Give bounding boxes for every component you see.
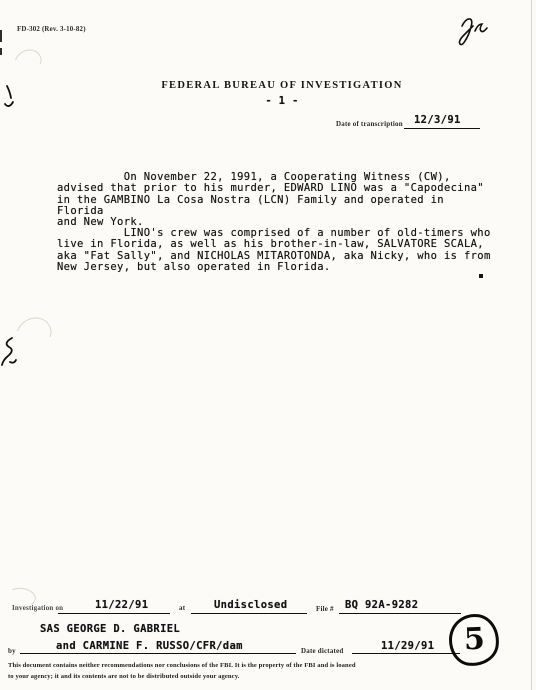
- investigation-on-label: Investigation on: [12, 604, 63, 612]
- transcription-date-label: Date of transcription: [336, 120, 403, 128]
- body-paragraph-1: On November 22, 1991, a Cooperating Witn…: [57, 172, 495, 228]
- page-number: - 1 -: [160, 96, 404, 107]
- transcription-date-value: 12/3/91: [414, 115, 461, 126]
- handwritten-circled-page-number: 5: [447, 612, 501, 667]
- file-number-underline: [339, 613, 461, 614]
- handwritten-page-number-text: 5: [463, 621, 485, 657]
- page-title: FEDERAL BUREAU OF INVESTIGATION: [160, 80, 404, 91]
- investigation-date-value: 11/22/91: [95, 600, 148, 611]
- file-number-label: File #: [316, 605, 334, 613]
- agents-underline: [20, 653, 296, 654]
- date-dictated-underline: [352, 653, 460, 654]
- pen-scribble-mark: [0, 336, 20, 370]
- at-label: at: [179, 604, 185, 612]
- file-number-value: BQ 92A-9282: [345, 600, 418, 611]
- scan-artifact-dot: [479, 274, 483, 278]
- investigation-date-underline: [58, 613, 170, 614]
- scan-edge-line: [531, 0, 532, 690]
- scan-edge-mark: [0, 30, 2, 42]
- by-label: by: [8, 647, 16, 655]
- location-value: Undisclosed: [214, 600, 287, 611]
- body-paragraph-2: LINO's crew was comprised of a number of…: [57, 228, 495, 273]
- disclaimer-line-2: to your agency; it and its contents are …: [8, 673, 530, 680]
- agent-name-line1: SAS GEORGE D. GABRIEL: [40, 624, 180, 635]
- pen-check-mark: [2, 84, 20, 112]
- handwritten-initials-mark: [448, 8, 510, 52]
- disclaimer-line-1: This document contains neither recommend…: [8, 662, 530, 669]
- date-dictated-label: Date dictated: [301, 647, 343, 655]
- agent-name-line2: and CARMINE F. RUSSO/CFR/dam: [56, 641, 243, 652]
- fd302-scanned-document: FD-302 (Rev. 3-10-82) FEDERAL BUREAU OF …: [0, 0, 536, 690]
- scan-edge-mark: [0, 48, 2, 55]
- location-underline: [191, 613, 307, 614]
- form-number: FD-302 (Rev. 3-10-82): [17, 26, 86, 33]
- faint-circle-stamp: [10, 45, 46, 80]
- transcription-date-underline: [404, 128, 480, 129]
- date-dictated-value: 11/29/91: [381, 641, 434, 652]
